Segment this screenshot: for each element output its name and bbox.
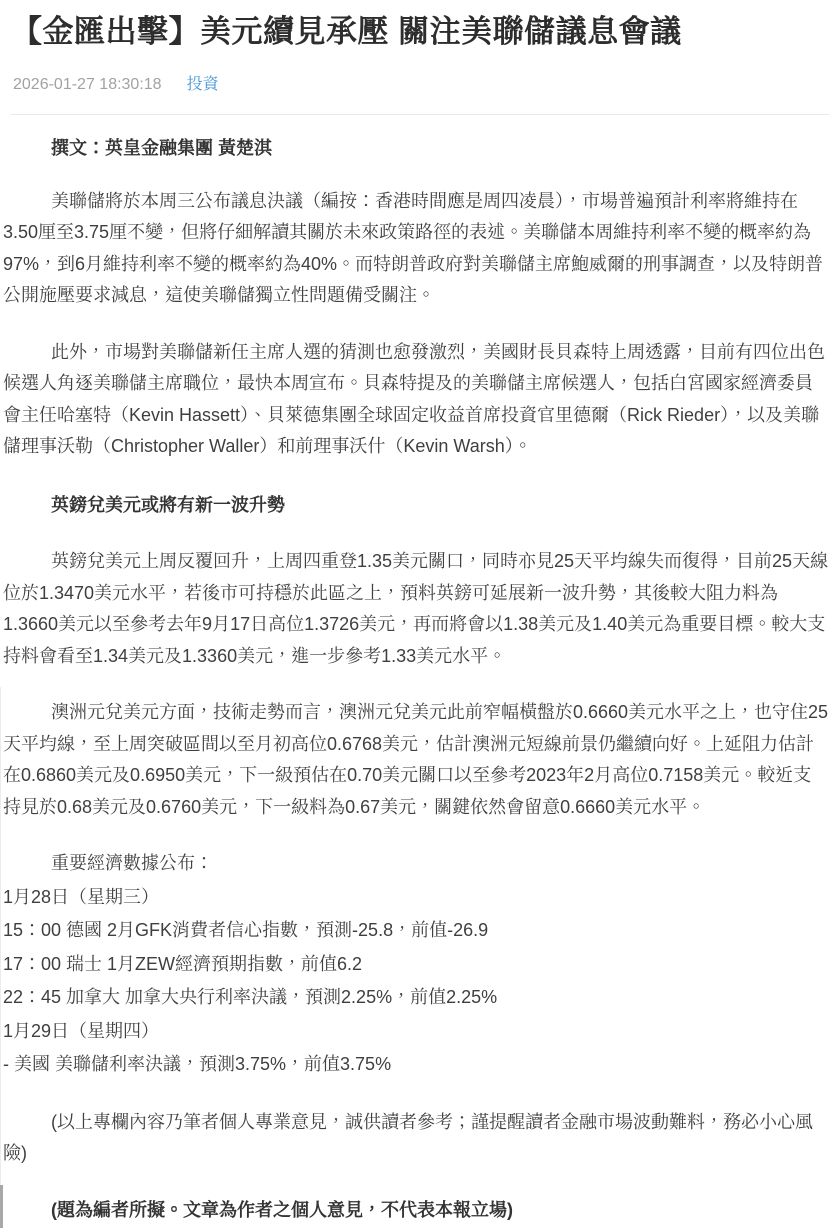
article-datetime: 2026-01-27 18:30:18: [13, 76, 162, 93]
paragraph-fed-chair-candidates: 此外，市場對美聯儲新任主席人選的猜測也愈發激烈，美國財長貝森特上周透露，目前有四…: [3, 337, 829, 463]
article-meta-row: 2026-01-27 18:30:18投資: [13, 71, 829, 94]
left-edge-divider: [0, 687, 1, 1228]
calendar-line-date-thu: 1月29日（星期四）: [3, 1015, 829, 1049]
section-heading-gbpusd: 英鎊兌美元或將有新一波升勢: [3, 490, 829, 522]
left-scrollbar-thumb[interactable]: [0, 1185, 3, 1228]
calendar-line-germany-gfk: 15：00 德國 2月GFK消費者信心指數，預測-25.8，前值-26.9: [3, 914, 829, 948]
paragraph-audusd-analysis: 澳洲元兌美元方面，技術走勢而言，澳洲元兌美元此前窄幅橫盤於0.6660美元水平之…: [3, 697, 829, 823]
calendar-intro: 重要經濟數據公布：: [3, 847, 829, 881]
paragraph-gbpusd-analysis: 英鎊兌美元上周反覆回升，上周四重登1.35美元關口，同時亦見25天平均線失而復得…: [3, 546, 829, 672]
article-page: 【金匯出擊】美元續見承壓 關注美聯儲議息會議 2026-01-27 18:30:…: [0, 0, 835, 1226]
calendar-line-canada-rate: 22：45 加拿大 加拿大央行利率決議，預測2.25%，前值2.25%: [3, 981, 829, 1015]
calendar-line-date-wed: 1月28日（星期三）: [3, 881, 829, 915]
page-title: 【金匯出擊】美元續見承壓 關注美聯儲議息會議: [3, 0, 829, 52]
economic-calendar: 重要經濟數據公布： 1月28日（星期三） 15：00 德國 2月GFK消費者信心…: [3, 847, 829, 1082]
paragraph-fed-meeting: 美聯儲將於本周三公布議息決議（編按：香港時間應是周四凌晨），市場普遍預計利率將維…: [3, 186, 829, 312]
category-link[interactable]: 投資: [187, 76, 219, 93]
editor-note: (題為編者所擬。文章為作者之個人意見，不代表本報立場): [3, 1195, 829, 1227]
header-divider: [11, 114, 829, 115]
article-body: 撰文：英皇金融集團 黃楚淇 美聯儲將於本周三公布議息決議（編按：香港時間應是周四…: [3, 133, 829, 1226]
disclaimer: (以上專欄內容乃筆者個人專業意見，誠供讀者參考；謹提醒讀者金融市場波動難料，務必…: [3, 1107, 829, 1170]
calendar-line-swiss-zew: 17：00 瑞士 1月ZEW經濟預期指數，前值6.2: [3, 948, 829, 982]
byline: 撰文：英皇金融集團 黃楚淇: [3, 133, 829, 165]
calendar-line-us-fed-rate: - 美國 美聯儲利率決議，預測3.75%，前值3.75%: [3, 1048, 829, 1082]
